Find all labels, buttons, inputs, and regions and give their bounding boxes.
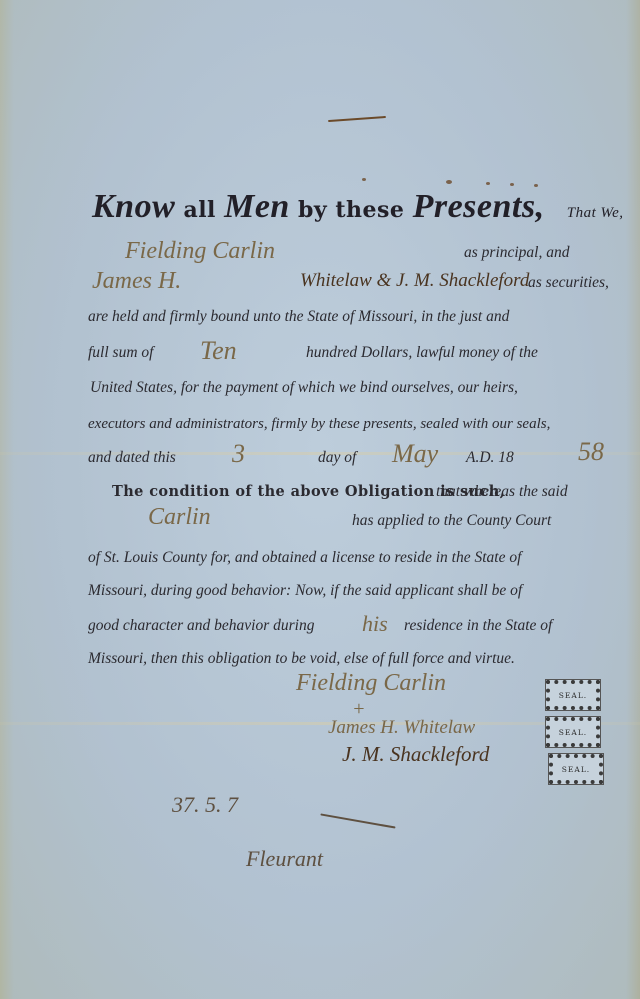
bond-line-residence: good character and behavior during his r…	[0, 613, 640, 641]
heading-word: Know	[92, 188, 175, 225]
handwritten-amount: Ten	[200, 336, 237, 366]
bond-line-securities: James H. Whitelaw & J. M. Shackleford as…	[0, 270, 640, 298]
printed-text: full sum of	[88, 344, 153, 362]
handwritten-security-first-name: James H.	[92, 268, 181, 295]
pen-stroke	[320, 813, 395, 828]
heading-word: these	[335, 197, 404, 223]
printed-text: of St. Louis County for, and obtained a …	[88, 549, 521, 567]
printed-text: Missouri, during good behavior: Now, if …	[88, 582, 522, 600]
printed-text: and dated this	[88, 449, 176, 467]
ink-speckle	[362, 178, 366, 181]
printed-text: United States, for the payment of which …	[90, 379, 518, 397]
ink-speckle	[446, 180, 452, 184]
heading-word: Presents,	[413, 188, 545, 225]
handwritten-day: 3	[232, 439, 245, 469]
handwritten-pronoun: his	[362, 611, 388, 637]
bond-line-date: and dated this 3 day of May A.D. 18 58	[0, 445, 640, 473]
bond-line: executors and administrators, firmly by …	[0, 412, 640, 440]
seal-box: SEAL.	[549, 754, 603, 784]
printed-text: good character and behavior during	[88, 617, 314, 635]
seal-label: SEAL.	[559, 691, 587, 700]
seal-label: SEAL.	[562, 765, 590, 774]
handwritten-notes-initials: Fleurant	[246, 846, 323, 872]
handwritten-principal-name: Fielding Carlin	[125, 238, 275, 265]
handwritten-month: May	[392, 439, 438, 469]
printed-text: residence in the State of	[404, 617, 552, 635]
handwritten-applicant-name: Carlin	[148, 504, 211, 531]
signature-principal: Fielding Carlin	[296, 670, 446, 697]
handwritten-notes-numbers: 37. 5. 7	[172, 792, 238, 818]
bond-line: are held and firmly bound unto the State…	[0, 304, 640, 332]
heading-word: Men	[224, 188, 290, 225]
ink-speckle	[486, 182, 490, 185]
heading-tail: That We,	[567, 205, 624, 221]
heading-word: all	[183, 197, 215, 223]
printed-text: day of	[318, 449, 356, 467]
seal-label: SEAL.	[559, 728, 587, 737]
bond-line-condition: The condition of the above Obligation is…	[0, 479, 640, 507]
document-page: Know all Men by these Presents, That We,…	[0, 0, 640, 999]
bond-line: Missouri, during good behavior: Now, if …	[0, 578, 640, 606]
signature-security-1: James H. Whitelaw	[328, 717, 475, 739]
printed-text: as securities,	[528, 274, 609, 292]
printed-text: hundred Dollars, lawful money of the	[306, 344, 538, 362]
printed-text: Missouri, then this obligation to be voi…	[88, 650, 515, 668]
seal-box: SEAL.	[546, 717, 600, 747]
document-heading: Know all Men by these Presents, That We,	[92, 188, 624, 226]
seal-box: SEAL.	[546, 680, 600, 710]
bond-line: United States, for the payment of which …	[0, 375, 640, 403]
bond-line-principal: Fielding Carlin as principal, and	[0, 240, 640, 268]
handwritten-security-names: Whitelaw & J. M. Shackleford	[300, 270, 529, 292]
ink-speckle	[534, 184, 538, 187]
printed-text: executors and administrators, firmly by …	[88, 416, 550, 433]
printed-text: has applied to the County Court	[352, 512, 551, 530]
heading-word: by	[298, 197, 327, 223]
printed-text: A.D. 18	[466, 449, 514, 467]
bond-line-applicant: Carlin has applied to the County Court	[0, 508, 640, 536]
ink-speckle	[510, 183, 514, 186]
signature-security-2: J. M. Shackleford	[342, 742, 489, 767]
handwritten-year: 58	[578, 437, 604, 467]
printed-text: are held and firmly bound unto the State…	[88, 308, 509, 326]
bond-line: of St. Louis County for, and obtained a …	[0, 545, 640, 573]
ink-stroke-mark	[328, 116, 386, 122]
printed-text: that whereas the said	[436, 483, 568, 501]
bond-line-amount: full sum of Ten hundred Dollars, lawful …	[0, 340, 640, 368]
paper-fold-line	[0, 722, 640, 725]
printed-text: as principal, and	[464, 244, 570, 262]
